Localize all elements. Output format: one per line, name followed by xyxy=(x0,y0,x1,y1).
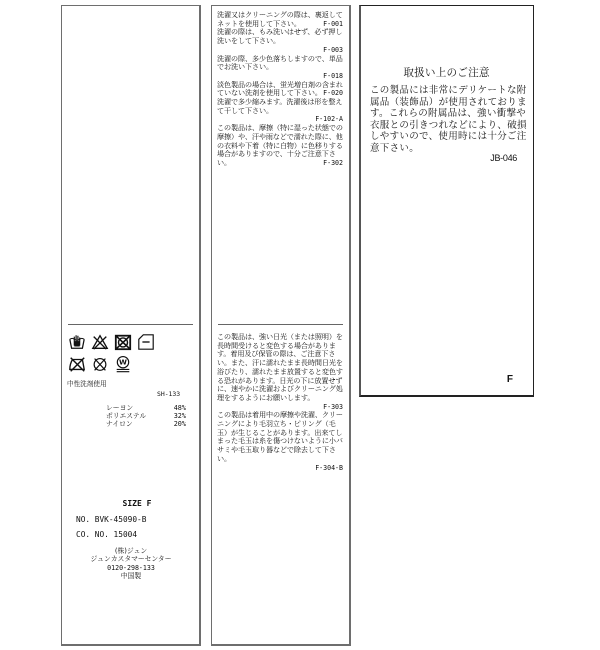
svg-text:W: W xyxy=(119,358,127,367)
size-text: SIZE F xyxy=(62,499,200,508)
notice-title: 取扱い上のご注意 xyxy=(361,65,532,80)
company-number: CO. NO. 15004 xyxy=(76,530,137,539)
symbol-code: SH-133 xyxy=(157,390,180,398)
note-text: 洗濯の際、多少色落ちしますので、単品でお洗い下さい。 xyxy=(217,55,343,72)
note-text: 洗濯で多少縮みます。洗濯後は形を整えて干して下さい。 xyxy=(217,98,343,115)
size-letter: F xyxy=(507,374,513,385)
label-fold-line xyxy=(218,324,343,325)
no-iron-icon xyxy=(68,355,86,373)
composition-row: ナイロン 20% xyxy=(106,420,186,428)
manufacturer-info: (株)ジュン ジュンカスタマーセンター 0120-298-133 中国製 xyxy=(62,547,200,581)
customer-center: ジュンカスタマーセンター xyxy=(62,555,200,563)
washing-notes: 洗濯又はクリーニングの際は、裏返してネットを使用して下さい。 F-001 洗濯の… xyxy=(217,11,343,168)
notice-code: JB-046 xyxy=(490,153,517,163)
note-text: この製品は、強い日光（または照明）を長時間受けると変色する場合があります。着用及… xyxy=(217,333,343,403)
phone-number: 0120-298-133 xyxy=(62,564,200,572)
label-fold-line xyxy=(68,324,193,325)
handling-notice-label: 取扱い上のご注意 この製品には非常にデリケートな附属品（装飾品）が使用されており… xyxy=(359,5,534,397)
wet-clean-icon: W xyxy=(114,355,132,373)
detergent-note: 中性洗剤使用 xyxy=(67,378,107,388)
product-number: NO. BVK-45090-B xyxy=(76,515,146,524)
note-text: この製品は着用中の摩擦や洗濯、クリーニングにより毛羽立ち・ピリング（毛玉）が生じ… xyxy=(217,411,343,463)
care-label-left: W 中性洗剤使用 SH-133 レーヨン 48% ポリエステル 32% ナイロン… xyxy=(61,5,201,646)
country-of-origin: 中国製 xyxy=(62,572,200,580)
dry-flat-icon xyxy=(137,333,155,351)
no-dry-clean-icon xyxy=(91,355,109,373)
no-bleach-icon xyxy=(91,333,109,351)
care-symbols: W xyxy=(68,332,188,376)
hand-wash-icon xyxy=(68,333,86,351)
note-code: F-304-B xyxy=(217,464,343,473)
care-label-middle: 洗濯又はクリーニングの際は、裏返してネットを使用して下さい。 F-001 洗濯の… xyxy=(211,5,351,646)
fabric-composition: レーヨン 48% ポリエステル 32% ナイロン 20% xyxy=(106,404,186,429)
notice-body: この製品には非常にデリケートな附属品（装飾品）が使用されております。これらの附属… xyxy=(370,85,530,155)
composition-row: ポリエステル 32% xyxy=(106,412,186,420)
no-tumble-dry-icon xyxy=(114,333,132,351)
composition-row: レーヨン 48% xyxy=(106,404,186,412)
usage-notes: この製品は、強い日光（または照明）を長時間受けると変色する場合があります。着用及… xyxy=(217,333,343,472)
note-code: F-302 xyxy=(217,159,343,168)
note-text: 洗濯の際は、もみ洗いはせず、必ず押し洗いをして下さい。 xyxy=(217,28,343,45)
